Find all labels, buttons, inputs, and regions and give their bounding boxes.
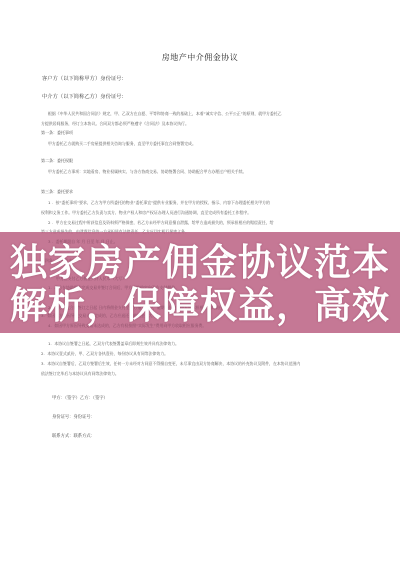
signature-line: 甲方：（签字）乙方：（签字） [52,395,108,401]
section-3-line-3: 2 ．甲方在交易过程中所获信息及资料须严格保密，若乙方未经甲方同意擅自泄露，给甲… [48,219,366,226]
contact-line: 联系方式：联系方式： [52,433,95,439]
headline-banner: 3 ．委托期限自 年 月 日至 年 月 日止。 第四条：佣金及支付 甲方应支付乙… [0,232,400,333]
id-number-line: 身份证号：身份证号： [52,414,95,420]
headline-line-2: 解析，保障权益，高效 [0,286,400,326]
section-3-heading: 第三条：委托要求 [41,189,73,195]
section-3-line-2: 权利和义务工作。甲方委托乙方负责与卖方、物业产权人和房产权证办理人员进行沟通协调… [41,209,359,216]
document-title: 房地产中介佣金协议 [0,52,400,63]
closing-line-3: 3．本协议自签署后，乙双方签署后生效，任何一方未经对方同意不得擅自变更，未尽事宜… [41,360,359,367]
section-3-line-1: 1 ．按“委托事项”要求，乙方为甲方所委托的物业“委托事宜”提供专业服务，并在甲… [48,199,366,206]
headline-line-1: 独家房产佣金协议范本 [0,243,400,283]
closing-line-2: 2．本协议壹式贰份，甲、乙双方各执壹份，每份协议具有同等法律效力。 [41,350,359,357]
party-a-line: 客户方（以下简称甲方）身份证号： [42,74,127,82]
closing-line-4: 依法签订完毕后与本协议具有同等法律效力。 [41,370,359,377]
party-b-line: 中介方（以下简称乙方）身份证号： [42,92,127,100]
preamble-line-1: 根据《中华人民共和国合同法》规定，甲、乙双方在自愿、平等和协商一致的基础上，本着… [48,110,366,117]
section-2-heading: 第二条：委托权限 [41,158,73,164]
closing-line-1: 1．本协议自签署之日起，乙双方代表签署盖章后即刻生效并具有法律效力。 [48,340,366,347]
section-1-line-1: 甲方委托乙方就购买二手房屋提供相关咨询与服务，直至甲方委托事宜合同签署完成。 [48,140,366,147]
preamble-line-2: 方提供居间服务，经订立本协议。合同双方都必须严格遵守《合同法》及本协议执行。 [41,120,359,127]
section-2-line-1: 甲方委托乙方事项：实地看房、物业权属核实、与各方协商交易、协助签署合同、协助配合… [48,168,366,175]
section-1-heading: 第一条：委托事项 [41,130,73,136]
